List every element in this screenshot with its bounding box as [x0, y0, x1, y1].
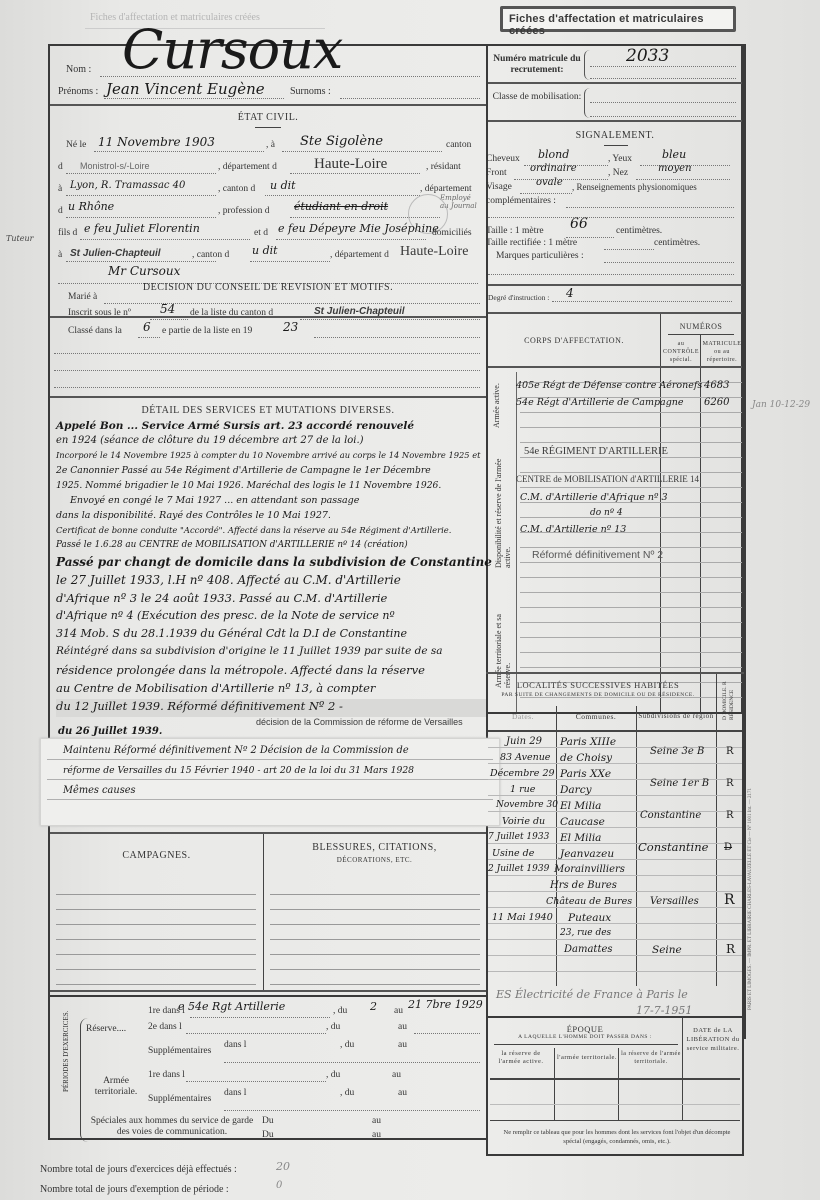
numeros-title: NUMÉROS: [660, 322, 742, 331]
affectation-row-matricule: 6260: [704, 397, 729, 408]
localite-date: Juin 29: [506, 736, 542, 747]
localite-dr: R: [726, 942, 735, 956]
localite-row: 83 Avenue de Choisy Seine 3e B R: [488, 752, 742, 768]
taille-rect-line: [604, 249, 654, 250]
t1-line: [186, 1081, 326, 1082]
localite-date: 7 Juillet 1933: [488, 832, 549, 842]
canton-label: canton: [446, 140, 471, 150]
localite-commune: de Choisy: [560, 752, 612, 764]
r1-line: [190, 1017, 330, 1018]
r2-au-line: [414, 1033, 480, 1034]
epoque-note: Ne remplir ce tableau que pour les homme…: [494, 1128, 740, 1146]
nom-value: Cursoux: [122, 18, 342, 81]
r2-line: [186, 1033, 326, 1034]
departement-line: [290, 173, 420, 174]
conseil-title-visible: DECISION DU CONSEIL DE REVISION ET MOTIF…: [50, 282, 486, 293]
localites-rows: Juin 29 Paris XIIIe 83 Avenue de Choisy …: [488, 736, 742, 960]
localite-commune: El Milia: [560, 800, 601, 812]
service-line: d'Afrique nº 3 le 24 août 1933. Passé au…: [56, 591, 486, 609]
service-line: en 1924 (séance de clôture du 19 décembr…: [56, 435, 486, 450]
numero-matricule-value: 2033: [626, 46, 669, 66]
localite-subdivision: Seine: [652, 944, 682, 956]
localite-commune: El Milia: [560, 832, 601, 844]
services-title: DÉTAIL DES SERVICES ET MUTATIONS DIVERSE…: [50, 405, 486, 416]
affectation-row-corps: Réformé définitivement Nº 2: [532, 549, 663, 561]
residant-a-label: à: [58, 184, 62, 194]
inscrit-value: 54: [160, 302, 175, 316]
addendum-slip: Maintenu Réformé définitivement Nº 2 Déc…: [40, 738, 500, 826]
canton3-label: , canton d: [192, 250, 229, 260]
nom-label: Nom :: [66, 64, 91, 75]
marie-label: Marié à: [68, 292, 97, 302]
printer-imprint: PARIS ET LIMOGES. — IMPR. ET LIBRAIRIE C…: [748, 610, 753, 1010]
prenoms-value: Jean Vincent Eugène: [106, 80, 265, 98]
canton2-line: [265, 195, 420, 196]
domicile-value: St Julien-Chapteuil: [70, 248, 161, 259]
slip-rule: [47, 759, 493, 760]
etat-civil-title: ÉTAT CIVIL.: [50, 112, 486, 123]
localite-dr: R: [724, 892, 735, 908]
service-line: Appelé Bon ... Service Armé Sursis art. …: [56, 420, 486, 435]
domicile-line: [66, 261, 216, 262]
service-line: d'Afrique nº 4 (Exécution des presc. de …: [56, 609, 486, 627]
localite-date: 11 Mai 1940: [492, 912, 553, 923]
classe-value: 6: [143, 320, 151, 334]
classe-mobilisation-label: Classe de mobilisation:: [492, 92, 582, 103]
numeros-brace: [668, 334, 734, 335]
visage-line: [520, 193, 572, 194]
signalement-title: SIGNALEMENT.: [488, 130, 742, 141]
divider-signalement: [488, 120, 742, 122]
nez-value: moyen: [658, 163, 692, 174]
mere-label: et d: [254, 228, 268, 238]
service-line: Certificat de bonne conduite "Accordé". …: [56, 525, 486, 540]
cheveux-label: Cheveux: [486, 154, 520, 164]
affectation-stamp: Fiches d'affectation et matriculaires cr…: [500, 6, 736, 32]
localite-row: Hrs de Bures: [488, 880, 742, 896]
affectation-row-corps: 54e Régt d'Artillerie de Campagne: [516, 397, 684, 408]
matricule-brace: [584, 50, 590, 80]
conseil-line-1: [54, 353, 480, 354]
inscrit-label: Inscrit sous le nº: [68, 308, 131, 318]
partie-line: [314, 337, 480, 338]
localite-subdivision: Versailles: [650, 896, 699, 907]
canton3-value: u dit: [252, 244, 278, 257]
localite-subdivision: Seine 3e B: [650, 746, 704, 757]
epoque-title: ÉPOQUE: [488, 1024, 682, 1034]
localite-commune: Puteaux: [568, 912, 611, 924]
slip-rule: [47, 799, 493, 800]
t1-du-label: , du: [326, 1070, 340, 1080]
complementaires-line-2: [488, 217, 734, 218]
marques-label: Marques particulières :: [496, 251, 584, 261]
divider-campagnes: [50, 832, 486, 834]
renseignements-label: , Renseignements physionomiques: [572, 182, 697, 192]
blessures-title: BLESSURES, CITATIONS,: [263, 842, 486, 853]
mere-line: [276, 239, 426, 240]
localite-row: Damattes Seine R: [488, 944, 742, 960]
service-line: Réintégré dans sa subdivision d'origine …: [56, 645, 486, 663]
localite-row: 2 Juillet 1939 Morainvilliers: [488, 864, 742, 880]
visage-value: ovale: [536, 177, 563, 188]
epoque-subtitle: A LAQUELLE L'HOMME DOIT PASSER DANS :: [488, 1034, 682, 1040]
canton-de-label: d: [58, 162, 63, 172]
divider-localites: [486, 672, 744, 674]
nez-label: , Nez: [608, 168, 628, 178]
localite-date: 1 rue: [510, 784, 535, 795]
service-line: Passé par changt de domicile dans la sub…: [56, 555, 486, 573]
complementaires-label: complémentaires :: [486, 196, 556, 206]
departement2-label: , département: [420, 184, 472, 194]
localite-commune: Hrs de Bures: [550, 880, 617, 891]
visage-label: Visage: [486, 182, 512, 192]
r1-au-label: au: [394, 1006, 403, 1016]
affectation-row-corps: 405e Régt de Défense contre Aéronefs: [516, 380, 702, 391]
t1-au-label: au: [392, 1070, 401, 1080]
yeux-value: bleu: [662, 148, 686, 161]
marques-line: [604, 262, 734, 263]
classe-dans-label: Classé dans la: [68, 326, 122, 336]
addendum-line: Maintenu Réformé définitivement Nº 2 Déc…: [63, 745, 409, 756]
speciales-du-2: Du: [262, 1130, 274, 1140]
speciales-label: Spéciales aux hommes du service de garde…: [88, 1116, 256, 1138]
departement3-value: Haute-Loire: [400, 244, 468, 260]
marques-line-2: [488, 274, 734, 275]
matricule-line-1: [590, 66, 736, 67]
supp-du-label: , du: [340, 1040, 354, 1050]
speciales-au-1: au: [372, 1116, 381, 1126]
residence-line: [66, 195, 216, 196]
departement2-line: [66, 217, 216, 218]
tsupp-au-label: au: [398, 1088, 407, 1098]
localite-date: 2 Juillet 1939: [488, 864, 549, 874]
prenoms-label: Prénoms :: [58, 86, 98, 97]
service-line: Passé le 1.6.28 au CENTRE de MOBILISATIO…: [56, 540, 486, 555]
services-lines: Appelé Bon ... Service Armé Sursis art. …: [56, 420, 486, 735]
epoque-brace: [494, 1044, 678, 1045]
departement-label: , département d: [218, 162, 277, 172]
affectation-row-matricule: 4683: [704, 380, 729, 391]
localite-row: 23, rue des: [488, 928, 742, 944]
divider-degre: [488, 284, 742, 286]
front-value: ordinaire: [530, 163, 577, 174]
tsupp-line-2: [224, 1110, 480, 1111]
a-label: , à: [266, 140, 275, 150]
epoque-bottom-rule: [490, 1120, 740, 1121]
supp-label: Supplémentaires: [148, 1046, 211, 1056]
service-line: 1925. Nommé brigadier le 10 Mai 1926. Ma…: [56, 480, 486, 495]
departement2-du-label: d: [58, 206, 63, 216]
divider-etat-civil: [50, 104, 486, 106]
localite-row: Voirie du Caucase Constantine R: [488, 816, 742, 832]
conseil-line-3: [54, 387, 480, 388]
localite-date: Voirie du: [502, 816, 545, 827]
affectation-row-corps: do nº 4: [590, 508, 623, 518]
service-line: 2e Canonnier Passé au 54e Régiment d'Art…: [56, 465, 486, 480]
domicile-a-label: à: [58, 250, 62, 260]
affectation-ruled-lines: [520, 368, 742, 712]
divider-services: [50, 396, 486, 398]
residence-value: Lyon, R. Tramassac 40: [70, 180, 185, 191]
localite-commune: Paris XIIIe: [560, 736, 616, 748]
col-dates-header: Dates.: [490, 712, 556, 721]
annee-value: 23: [283, 320, 298, 334]
t1-label: 1re dans l: [148, 1070, 185, 1080]
col-matricule-header: MATRICULE ou au répertoire.: [702, 340, 742, 364]
epoque-col-2: [618, 1048, 619, 1120]
territoriale-label: Armée territoriale.: [88, 1076, 144, 1098]
lieu-naissance-value: Ste Sigolène: [300, 134, 383, 149]
localite-commune: Morainvilliers: [554, 864, 625, 875]
col-subdivisions-header: Subdivisions de région: [636, 712, 716, 720]
epoque-col3-header: la réserve de l'armée territoriale.: [620, 1050, 682, 1066]
affectation-margin-note: Jan 10-12-29: [752, 400, 810, 410]
col-dr-header: D DOMICILE. R RÉSIDENCE: [722, 680, 736, 720]
service-line: le 27 Juillet 1933, l.H nº 408. Affecté …: [56, 573, 486, 591]
addendum-line: réforme de Versailles du 15 Février 1940…: [63, 765, 414, 776]
canton-value: Monistrol-s/-Loire: [80, 161, 150, 171]
r2-au-label: au: [398, 1022, 407, 1032]
localite-commune: Caucase: [560, 816, 605, 828]
fils-label: fils d: [58, 228, 77, 238]
supp-au-label: au: [398, 1040, 407, 1050]
localites-title: LOCALITÉS SUCCESSIVES HABITÉES: [486, 680, 710, 690]
col-controle-header: au CONTRÔLE spécial.: [662, 340, 700, 364]
campagnes-title: CAMPAGNES.: [50, 850, 263, 861]
right-border-thick: [742, 44, 746, 1039]
localite-commune: 23, rue des: [560, 928, 611, 938]
total-exercices-value: 20: [276, 1160, 290, 1173]
service-line: Envoyé en congé le 7 Mai 1927 ... en att…: [56, 495, 486, 510]
liste-value: St Julien-Chapteuil: [314, 306, 405, 317]
supp-line-2: [224, 1062, 480, 1063]
total-exemption-value: 0: [276, 1180, 282, 1191]
r1-du-label: , du: [333, 1006, 347, 1016]
localite-subdivision: Constantine: [640, 810, 701, 821]
service-line-last: du 26 Juillet 1939.: [58, 726, 162, 737]
liste-line: [300, 319, 480, 320]
taille-value: 66: [570, 216, 588, 232]
pere-value: e feu Juliet Florentin: [84, 222, 200, 235]
r1-du-value: 2: [370, 1000, 377, 1013]
service-line: 314 Mob. S du 28.1.1939 du Général Cdt l…: [56, 627, 486, 645]
matricule-line-2: [590, 78, 736, 79]
localite-date: Novembre 30: [496, 800, 558, 810]
inscrit-line: [150, 319, 188, 320]
localite-dr: R: [726, 746, 734, 757]
departement-value: Haute-Loire: [314, 156, 387, 173]
section-dispo-label: Disponibilité et réserve de l'armée acti…: [494, 438, 512, 568]
taille-rect-unit: centimètres.: [654, 238, 700, 248]
canton-line: [66, 173, 216, 174]
yeux-label: , Yeux: [608, 154, 632, 164]
localite-dr: R: [726, 810, 734, 821]
service-line: Incorporé le 14 Novembre 1925 à compter …: [56, 450, 486, 465]
localite-date: 83 Avenue: [500, 752, 550, 763]
numero-matricule-label: Numéro matricule du recrutement:: [492, 54, 582, 76]
epoque-col2-header: l'armée territoriale.: [556, 1054, 618, 1062]
mere-value: e feu Dépeyre Mie Joséphine: [278, 222, 439, 235]
epoque-col4-header: DATE de LA LIBÉRATION du service militai…: [684, 1026, 742, 1053]
addendum-line: Mêmes causes: [63, 785, 136, 796]
r2-label: 2e dans l: [148, 1022, 182, 1032]
sig-rule: [604, 145, 628, 146]
localite-subdivision: Seine 1er B: [650, 778, 709, 789]
prenoms-line: [104, 98, 284, 99]
blessures-lines: [270, 880, 480, 990]
tuteur-margin: Tuteur: [6, 234, 33, 243]
r1-value: e 54e Rgt Artillerie: [178, 1000, 285, 1013]
tsupp-dans-label: dans l: [224, 1088, 246, 1098]
periodes-brace: [80, 1018, 88, 1142]
degre-value: 4: [566, 286, 574, 300]
nez-line: [636, 179, 730, 180]
speciales-au-2: au: [372, 1130, 381, 1140]
title-rule: [255, 127, 281, 128]
epoque-header-rule: [490, 1078, 740, 1080]
classe-brace: [584, 88, 590, 118]
localite-row: Usine de Jeanvazeu Constantine D: [488, 848, 742, 864]
affectation-row-corps: C.M. d'Artillerie nº 13: [520, 524, 626, 535]
epoque-col1-header: la réserve de l'armée active.: [490, 1050, 552, 1066]
divider-affectation: [488, 312, 742, 314]
service-line: résidence prolongée dans la métropole. A…: [56, 663, 486, 681]
localite-dr: D: [724, 842, 732, 853]
campagnes-lines: [56, 880, 256, 990]
localite-row: Novembre 30 El Milia: [488, 800, 742, 816]
localite-date: Usine de: [492, 848, 534, 859]
canton2-label: , canton d: [218, 184, 255, 194]
taille-label: Taille : 1 mètre: [486, 226, 544, 236]
profession-label: , profession d: [218, 206, 269, 216]
partie-label: e partie de la liste en 19: [162, 326, 252, 336]
affectation-title: CORPS D'AFFECTATION.: [488, 336, 660, 345]
localite-date: Décembre 29: [490, 768, 555, 779]
total-exercices-label: Nombre total de jours d'exercices déjà e…: [40, 1164, 237, 1175]
tsupp-du-label: , du: [340, 1088, 354, 1098]
domicilies-label: domiciliés: [432, 228, 472, 238]
residant-label: , résidant: [426, 162, 461, 172]
slip-rule: [47, 779, 493, 780]
complementaires-line: [566, 207, 734, 208]
localite-row: Château de Bures Versailles R: [488, 896, 742, 912]
taille-rect-label: Taille rectifiée : 1 mètre: [486, 238, 577, 248]
r1-au-value: 21 7bre 1929: [408, 998, 483, 1011]
localites-subtitle: PAR SUITE DE CHANGEMENTS DE DOMICILE OU …: [486, 692, 710, 698]
localite-commune: Jeanvazeu: [560, 848, 614, 860]
ne-le-value: 11 Novembre 1903: [98, 135, 215, 149]
col-communes-header: Communes.: [556, 712, 636, 721]
service-line: dans la disponibilité. Rayé des Contrôle…: [56, 510, 486, 525]
affectation-section-brace: [516, 372, 517, 712]
localite-commune: Paris XXe: [560, 768, 611, 780]
cheveux-value: blond: [538, 148, 569, 161]
tuteur-value: Mr Cursoux: [108, 264, 180, 278]
ne-le-line: [94, 151, 264, 152]
localite-subdivision: Constantine: [638, 840, 708, 854]
pere-line: [80, 239, 250, 240]
departement2-value: u Rhône: [68, 200, 114, 213]
front-label: Front: [486, 168, 507, 178]
service-line: du 12 Juillet 1939. Réformé définitiveme…: [56, 699, 486, 717]
localites-footer-note: ES Électricité de France à Paris le: [496, 988, 688, 1001]
taille-unit: centimètres.: [616, 226, 662, 236]
degre-label: Degré d'instruction :: [488, 293, 549, 302]
reserve-label: Réserve....: [86, 1024, 126, 1034]
periodes-side-label: PÉRIODES D'EXERCICES.: [62, 1011, 70, 1092]
localite-row: 11 Mai 1940 Puteaux: [488, 912, 742, 928]
epoque-col-1: [554, 1048, 555, 1120]
localite-commune: Darcy: [560, 784, 592, 796]
localite-commune: Château de Bures: [546, 896, 632, 907]
canton3-line: [250, 261, 330, 262]
profession-struck: étudiant en droit: [294, 200, 388, 213]
ne-le-label: Né le: [66, 140, 86, 150]
conseil-line-2: [54, 370, 480, 371]
localite-commune: Damattes: [564, 944, 613, 955]
classe-line-2: [590, 116, 736, 117]
surnoms-label: Surnoms :: [290, 86, 331, 97]
departement3-label: , département d: [330, 250, 389, 260]
speciales-du-1: Du: [262, 1116, 274, 1126]
blessures-subtitle: DÉCORATIONS, ETC.: [263, 856, 486, 864]
r2-du-label: , du: [326, 1022, 340, 1032]
affectation-row-corps: C.M. d'Artillerie d'Afrique nº 3: [520, 492, 668, 503]
service-line: au Centre de Mobilisation d'Artillerie n…: [56, 681, 486, 699]
surnoms-line: [340, 98, 480, 99]
total-exemption-label: Nombre total de jours d'exemption de pér…: [40, 1184, 229, 1195]
canton2-value: u dit: [270, 179, 296, 192]
degre-line: [552, 301, 732, 302]
classe-line: [138, 337, 160, 338]
divider-classe: [488, 82, 742, 84]
tsupp-label: Supplémentaires: [148, 1094, 211, 1104]
affectation-row-corps: 54e RÉGIMENT D'ARTILLERIE: [524, 446, 668, 457]
localite-row: 1 rue Darcy Seine 1er B R: [488, 784, 742, 800]
affectation-row-corps: CENTRE de MOBILISATION d'ARTILLERIE 14: [516, 474, 699, 484]
classe-line-1: [590, 102, 736, 103]
section-active-label: Armée active.: [492, 368, 501, 428]
localite-dr: R: [726, 778, 734, 789]
epoque-mid-rule: [490, 1104, 740, 1105]
supp-dans-label: dans l: [224, 1040, 246, 1050]
liste-label: de la liste du canton d: [190, 308, 273, 318]
lieu-line: [282, 151, 442, 152]
